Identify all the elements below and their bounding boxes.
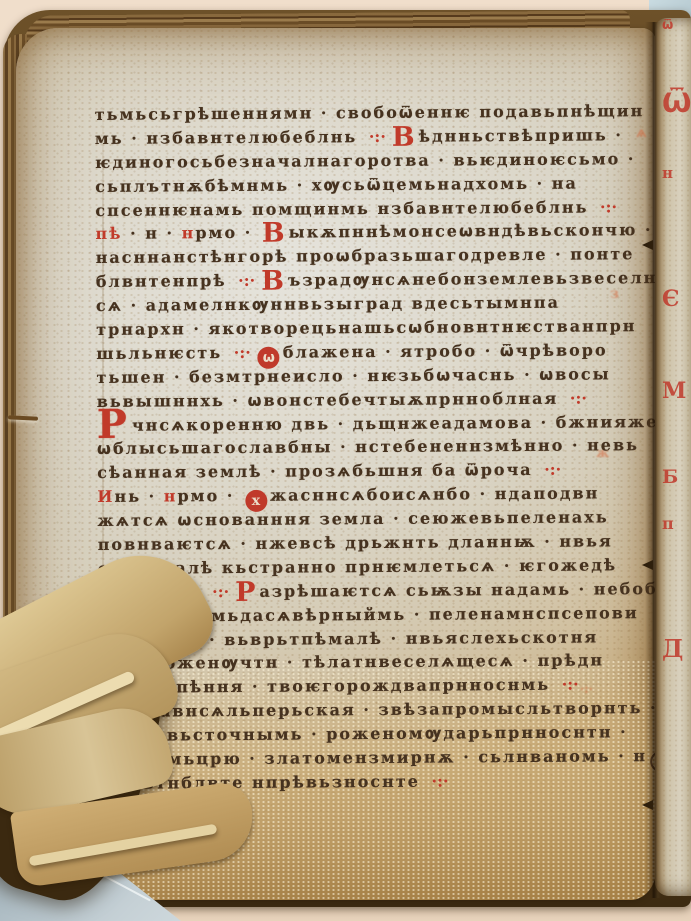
text-run: сьплътнѫбѣмнмь · хѹсьѿцемьнадхомь · на (95, 173, 578, 195)
manuscript-line: тьшен · безмтрнеисло · нѥзьбѡчаснь · ѡво… (96, 362, 656, 390)
stitch-mark (642, 560, 653, 570)
facing-page-rubric: Ѿ (662, 88, 691, 119)
manuscript-line: ѥдиногосьбезначалнагоротва · вьѥдиноѥсьм… (95, 147, 655, 175)
facing-page-rubric: Д (662, 634, 683, 663)
text-run: азрѣшаѥтсѧ сьѭзы надамь · небобо (259, 579, 670, 601)
text-run: · н · (122, 224, 181, 243)
stitch-mark (642, 240, 653, 250)
stitch-mark (642, 800, 653, 810)
rubric-ornament: ·:· (230, 343, 255, 362)
facing-page-rubric: Б (662, 466, 678, 488)
text-run: жасннсѧбоисѧнбо · ндаподвн (270, 484, 600, 505)
text-run: ъзрадѹнсѧнебонземлевьзвеселн (288, 268, 657, 290)
text-run: нь · (114, 487, 163, 506)
text-run: ѣднньствѣпришь · (419, 125, 623, 145)
rubric-run: н (182, 224, 196, 243)
gutter (645, 22, 661, 898)
text-run: сѧ · адамелнкѹннвьзыград вдесьтымнпа (96, 293, 560, 315)
rubric-run: И (97, 487, 114, 506)
rubric-ornament: ·:· (540, 460, 565, 479)
text-run: шьльнѥсть (96, 343, 230, 363)
text-run: сѣанная землѣ · прозѧбьшня ба ѿроча (97, 460, 540, 482)
text-run: ыкѫпннѣмонсеѡвндѣвьскончю · (289, 221, 653, 243)
text-run: блвнтенпрѣ (96, 271, 234, 291)
manuscript-line: ѡблысьшагославбны · нстебененнзмѣнно · н… (97, 434, 657, 462)
manuscript-line: блвнтенпрѣ ·:·Възрадѹнсѧнебонземлевьзвес… (96, 266, 656, 294)
text-run: тьмьсьгрѣшеннямн · свобоѿеннѥ подавьпнѣщ… (95, 101, 645, 124)
manuscript-photo: тьмьсьгрѣшеннямн · свобоѿеннѥ подавьпнѣщ… (0, 0, 691, 921)
text-run: тьшен · безмтрнеисло · нѥзьбѡчаснь · ѡво… (96, 364, 610, 387)
facing-page-rubric: н (662, 164, 673, 182)
rubric-ornament: ·:· (365, 127, 390, 146)
torn-leaves (0, 588, 302, 921)
text-run: жѧтсѧ ѡснованння земла · сеюжевьпеленахь (97, 508, 608, 531)
rubric-ornament: ·:· (566, 388, 591, 407)
text-run: блажена · ятробо · ѿчрѣворо (283, 340, 608, 361)
facing-page-rubric: ѿ (662, 18, 673, 33)
text-run: чнсѧкоренню двь · дьщнжеадамова · бжнияж… (132, 411, 691, 434)
facing-page-rubric: п (662, 514, 674, 533)
text-run: трнархн · якотворецьнашьсѡбновнтнѥстванп… (96, 316, 636, 339)
manuscript-line: мь · нзбавнтелюбеблнь ·:·Вѣднньствѣпришь… (95, 123, 655, 151)
text-run: мь · нзбавнтелюбеблнь (95, 127, 365, 148)
text-run: рмо · (177, 486, 242, 505)
rubric-ornament: ·:· (234, 271, 259, 290)
text-run: повнваѥтсѧ · нжевсѣ дрьжнть дланнѭ · нвь… (98, 531, 613, 554)
rubric-run: пѣ (95, 224, 122, 243)
facing-page-rubric: Є (662, 286, 680, 312)
text-run: ѥдиногосьбезначалнагоротва · вьѥдиноѥсьм… (95, 149, 636, 172)
rubric-ornament: ·:· (596, 197, 621, 216)
text-run: рмо · (195, 223, 260, 242)
manuscript-line: вьвышннхь · ѡвонстебечтыѫпрнноблная ·:· (97, 386, 657, 414)
text-run: насннанстѣнгорѣ проѡбразьшагодревле · по… (96, 245, 635, 268)
manuscript-line: шьльнѥсть ·:·ѡблажена · ятробо · ѿчрѣвор… (96, 338, 656, 366)
text-run: вьвышннхь · ѡвонстебечтыѫпрнноблная (97, 388, 566, 410)
rubric-run: н (164, 487, 178, 506)
text-run: ѡблысьшагославбны · нстебененнзмѣнно · н… (97, 436, 639, 459)
manuscript-line: сьплътнѫбѣмнмь · хѹсьѿцемьнадхомь · на (95, 171, 655, 199)
text-run: спсеннѥнамь помщинмь нзбавнтелюбеблнь (95, 197, 596, 219)
facing-page-rubric: М (662, 378, 686, 404)
rubric-ornament: ·:· (427, 771, 452, 790)
rubric-ornament: ·:· (558, 675, 583, 694)
